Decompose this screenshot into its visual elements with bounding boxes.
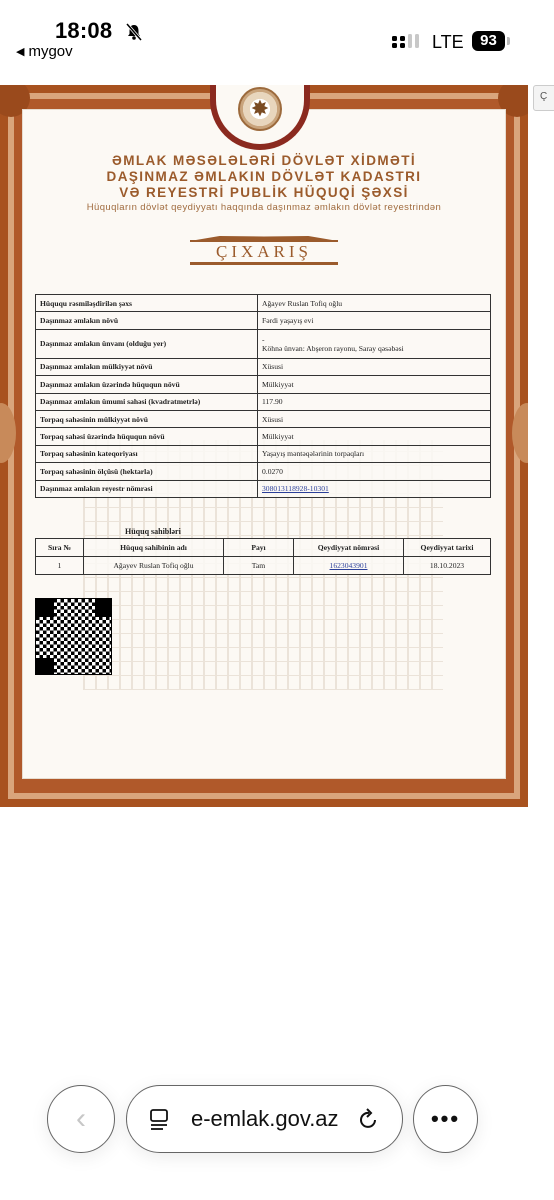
issuer-heading-line-3: VƏ REYESTRİ PUBLİK HÜQUQİ ŞƏXSİ (0, 185, 528, 200)
column-header: Qeydiyyat tarixi (404, 539, 491, 557)
old-address: Köhnə ünvan: Abşeron rayonu, Saray qəsəb… (262, 344, 486, 353)
owner-share: Tam (224, 557, 294, 575)
row-label: Daşınmaz əmlakın mülkiyyət növü (36, 358, 258, 375)
table-row: Daşınmaz əmlakın növüFərdi yaşayış evi (36, 312, 491, 329)
page-menu-icon (149, 1108, 169, 1132)
registry-number-link[interactable]: 308013118928-10301 (262, 484, 329, 493)
phone-screen: 18:08 ◀ mygov LTE 93 ✸ ƏMLAK MƏSƏLƏLƏ (0, 0, 554, 1200)
row-label: Torpaq sahəsinin ölçüsü (hektarla) (36, 463, 258, 480)
table-row: Daşınmaz əmlakın mülkiyyət növüXüsusi (36, 358, 491, 375)
row-value: Ağayev Ruslan Tofiq oğlu (258, 295, 491, 312)
more-options-button[interactable]: ••• (413, 1085, 478, 1153)
extract-title: ÇIXARIŞ (190, 242, 338, 262)
status-time: 18:08 (55, 18, 112, 44)
table-row: Torpaq sahəsinin mülkiyyət növüXüsusi (36, 410, 491, 427)
owner-index: 1 (36, 557, 84, 575)
side-tab-button[interactable]: Ç (533, 85, 554, 111)
address-bar[interactable]: e-emlak.gov.az (126, 1085, 403, 1153)
table-row: Torpaq sahəsinin kateqoriyasıYaşayış mən… (36, 445, 491, 462)
issuer-heading-line-2: DAŞINMAZ ƏMLAKIN DÖVLƏT KADASTRI (0, 169, 528, 184)
row-value: Yaşayış məntəqələrinin torpaqları (258, 445, 491, 462)
row-label: Daşınmaz əmlakın ümumi sahəsi (kvadratme… (36, 393, 258, 410)
browser-back-button[interactable]: ‹ (47, 1085, 115, 1153)
certificate-document: ✸ ƏMLAK MƏSƏLƏLƏRİ DÖVLƏT XİDMƏTİ DAŞINM… (0, 85, 528, 807)
row-value-address: -Köhnə ünvan: Abşeron rayonu, Saray qəsə… (258, 329, 491, 358)
document-subheading: Hüquqların dövlət qeydiyyatı haqqında da… (0, 202, 528, 213)
cellular-signal-icon (392, 34, 424, 50)
row-label: Torpaq sahəsi üzərində hüququn növü (36, 428, 258, 445)
issuer-heading-line-1: ƏMLAK MƏSƏLƏLƏRİ DÖVLƏT XİDMƏTİ (0, 153, 528, 168)
owner-name: Ağayev Ruslan Tofiq oğlu (84, 557, 224, 575)
table-row: 1 Ağayev Ruslan Tofiq oğlu Tam 162304390… (36, 557, 491, 575)
qr-code (35, 598, 112, 675)
chevron-left-icon: ‹ (76, 1102, 86, 1136)
url-text: e-emlak.gov.az (191, 1106, 339, 1132)
back-app-label: mygov (28, 43, 72, 60)
row-value: Xüsusi (258, 410, 491, 427)
column-header: Sıra № (36, 539, 84, 557)
row-label: Daşınmaz əmlakın reyestr nömrəsi (36, 480, 258, 497)
table-row: Hüququ rəsmiləşdirilən şəxsAğayev Ruslan… (36, 295, 491, 312)
row-value: Mülkiyyət (258, 376, 491, 393)
column-header: Payı (224, 539, 294, 557)
network-type: LTE (432, 32, 464, 53)
row-value: Xüsusi (258, 358, 491, 375)
table-row: Daşınmaz əmlakın üzərində hüququn növüMü… (36, 376, 491, 393)
registration-number-link[interactable]: 1623043901 (330, 561, 368, 570)
owners-table: Sıra № Hüquq sahibinin adı Payı Qeydiyya… (35, 538, 491, 575)
back-to-app-link[interactable]: ◀ mygov (16, 43, 73, 60)
table-row: Torpaq sahəsi üzərində hüququn növüMülki… (36, 428, 491, 445)
property-info-table: Hüququ rəsmiləşdirilən şəxsAğayev Ruslan… (35, 294, 491, 498)
row-label: Daşınmaz əmlakın üzərində hüququn növü (36, 376, 258, 393)
row-label: Daşınmaz əmlakın növü (36, 312, 258, 329)
ellipsis-icon: ••• (431, 1106, 460, 1132)
owners-header-row: Sıra № Hüquq sahibinin adı Payı Qeydiyya… (36, 539, 491, 557)
silent-bell-icon (124, 22, 144, 42)
table-row: Daşınmaz əmlakın ümumi sahəsi (kvadratme… (36, 393, 491, 410)
back-triangle-icon: ◀ (16, 45, 24, 58)
row-label: Hüququ rəsmiləşdirilən şəxs (36, 295, 258, 312)
table-row: Torpaq sahəsinin ölçüsü (hektarla)0.0270 (36, 463, 491, 480)
battery-indicator: 93 (472, 31, 505, 51)
battery-tip-icon (507, 37, 510, 45)
row-value: Mülkiyyət (258, 428, 491, 445)
row-label: Torpaq sahəsinin mülkiyyət növü (36, 410, 258, 427)
column-header: Hüquq sahibinin adı (84, 539, 224, 557)
row-value: 117.90 (258, 393, 491, 410)
reload-icon[interactable] (358, 1108, 380, 1132)
table-row: Daşınmaz əmlakın reyestr nömrəsi30801311… (36, 480, 491, 497)
column-header: Qeydiyyat nömrəsi (294, 539, 404, 557)
extract-title-banner: ÇIXARIŞ (190, 230, 338, 270)
row-label: Daşınmaz əmlakın ünvanı (olduğu yer) (36, 329, 258, 358)
table-row: Daşınmaz əmlakın ünvanı (olduğu yer)-Köh… (36, 329, 491, 358)
row-label: Torpaq sahəsinin kateqoriyası (36, 445, 258, 462)
row-value: Fərdi yaşayış evi (258, 312, 491, 329)
row-value: 0.0270 (258, 463, 491, 480)
registration-date: 18.10.2023 (404, 557, 491, 575)
state-emblem-icon: ✸ (238, 87, 282, 131)
owners-title: Hüquq sahibləri (125, 527, 181, 536)
